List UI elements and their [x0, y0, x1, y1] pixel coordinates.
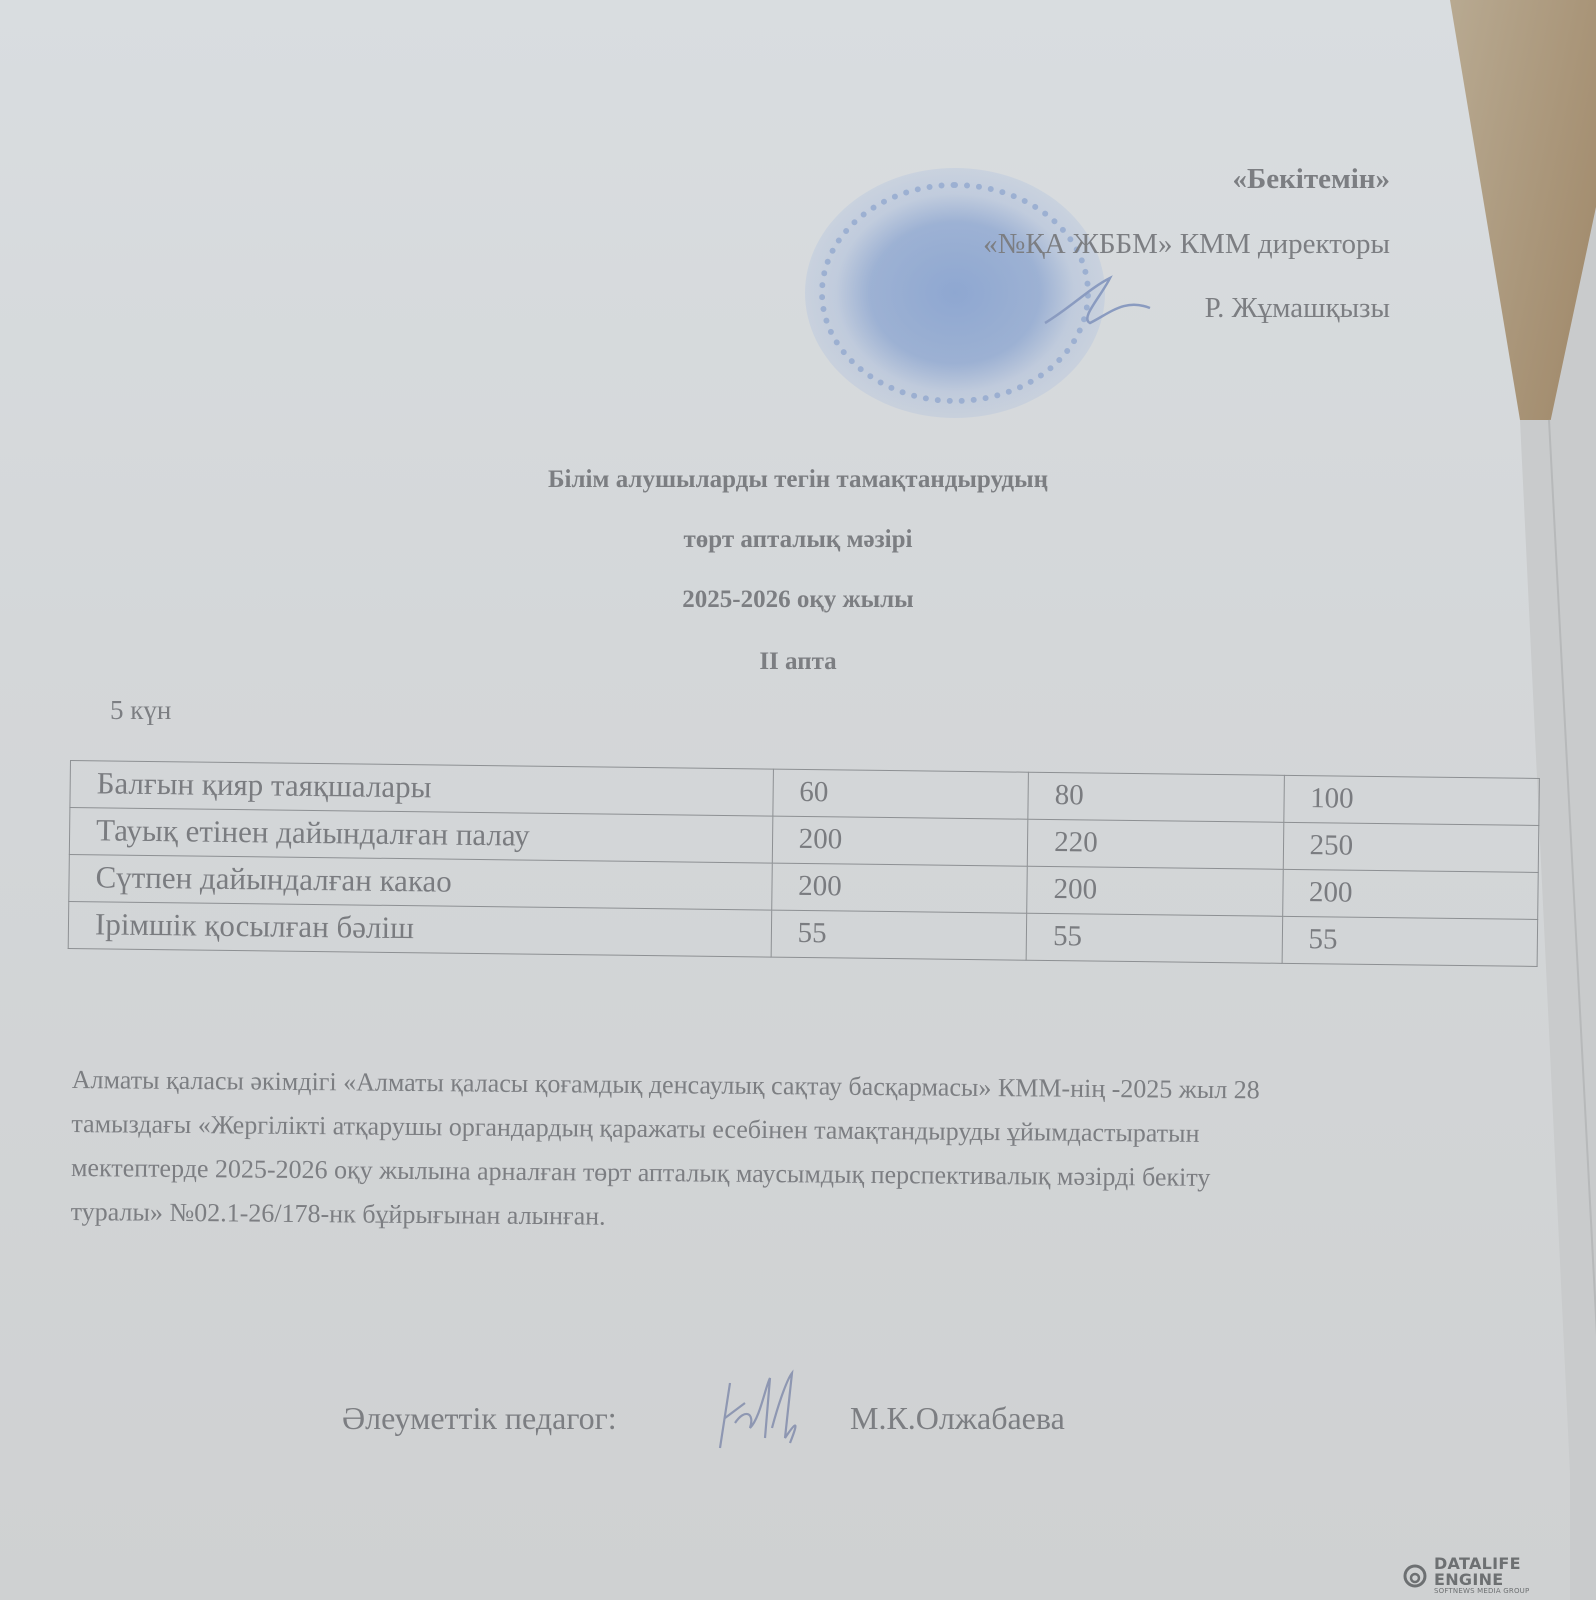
- portion-value: 55: [1026, 913, 1282, 963]
- portion-value: 80: [1028, 772, 1284, 822]
- director-signature: [1040, 268, 1160, 338]
- approval-director-name: Р. Жұмашқызы: [1205, 292, 1390, 325]
- doc-title-line1: Білім алушыларды тегін тамақтандырудың: [0, 466, 1596, 494]
- day-label: 5 күн: [110, 695, 171, 726]
- dish-name: Тауық етінен дайындалған палау: [69, 808, 772, 864]
- approval-heading: «Бекітемін»: [1233, 163, 1390, 196]
- doc-title-year: 2025-2026 оқу жылы: [0, 586, 1596, 614]
- portion-value: 200: [771, 863, 1027, 913]
- portion-value: 55: [1282, 916, 1538, 966]
- menu-table: Балғын қияр таяқшалары 60 80 100 Тауық е…: [68, 760, 1540, 967]
- doc-title-week: II апта: [0, 648, 1596, 676]
- dish-name: Балғын қияр таяқшалары: [70, 761, 773, 817]
- portion-value: 200: [772, 816, 1028, 866]
- signer-role: Әлеуметтік педагог:: [342, 1400, 617, 1437]
- approval-director-title: «№ҚА ЖББМ» КММ директоры: [983, 228, 1390, 261]
- pedagogue-signature: [700, 1368, 810, 1458]
- portion-value: 200: [1282, 869, 1538, 919]
- portion-value: 100: [1283, 775, 1539, 825]
- portion-value: 220: [1027, 819, 1283, 869]
- portion-value: 60: [773, 769, 1029, 819]
- portion-value: 250: [1283, 822, 1539, 872]
- doc-title-line2: төрт апталық мәзірі: [0, 526, 1596, 554]
- signer-name: М.К.Олжабаева: [850, 1400, 1065, 1437]
- datalife-logo-icon: [1402, 1563, 1428, 1589]
- datalife-watermark: DATALIFE ENGINE SOFTNEWS MEDIA GROUP: [1402, 1556, 1596, 1595]
- source-note: Алматы қаласы әкімдігі «Алматы қаласы қо…: [70, 1058, 1511, 1247]
- dish-name: Ірімшік қосылған бәліш: [68, 901, 771, 957]
- dish-name: Сүтпен дайындалған какао: [69, 854, 772, 910]
- portion-value: 55: [771, 910, 1027, 960]
- portion-value: 200: [1027, 866, 1283, 916]
- watermark-subtitle: SOFTNEWS MEDIA GROUP: [1434, 1588, 1596, 1595]
- watermark-title: DATALIFE ENGINE: [1434, 1556, 1596, 1588]
